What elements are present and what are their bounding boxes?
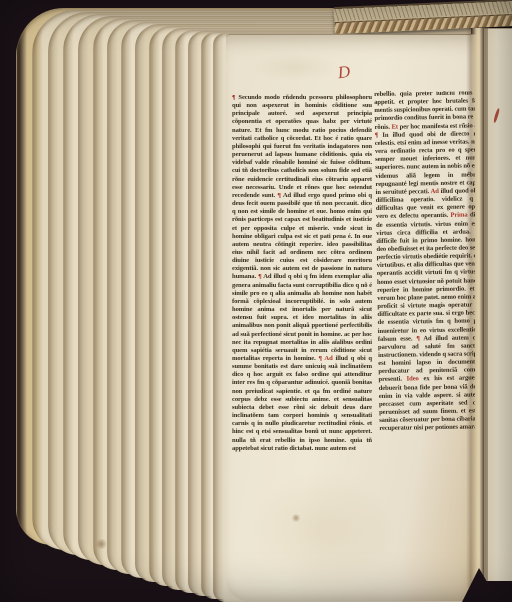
body-text: difficultas est de essentia virtutis. vi… [376,211,475,342]
rubric-text: Prima [450,212,470,219]
text-column-right-inner: rebellio. quia preter iudiciu rõnis freq… [374,91,475,434]
quire-mark: D [337,61,360,85]
body-text: illud q obi q summe bonitatis est dare u… [232,355,372,452]
rubric-text: ¶ Ad [318,355,335,362]
text-column-right: rebellio. quia preter iudiciu rõnis freq… [374,91,475,475]
body-text: Secundo modo rñdendu pcessoru philosopho… [232,94,372,199]
rubric-text: Ideo [407,376,424,383]
rubric-text: Et [392,123,400,130]
body-text: In illud quod obi de directo motu orbis … [375,130,475,196]
book-photo: D ¶ Secundo modo rñdendu pcessoru philos… [0,0,512,602]
body-text: Ad illud ergo quod primo obi q deus feci… [232,192,372,281]
body-text: per hoc manifesta est rñsio ad sequens. [400,122,475,131]
rubric-text: Ad [430,188,440,195]
text-column-left: ¶ Secundo modo rñdendu pcessoru philosop… [232,94,372,482]
rubric-text: ¶ [375,132,383,139]
body-text: Ad illud q obi q fm idem exemplar alia g… [232,273,372,362]
